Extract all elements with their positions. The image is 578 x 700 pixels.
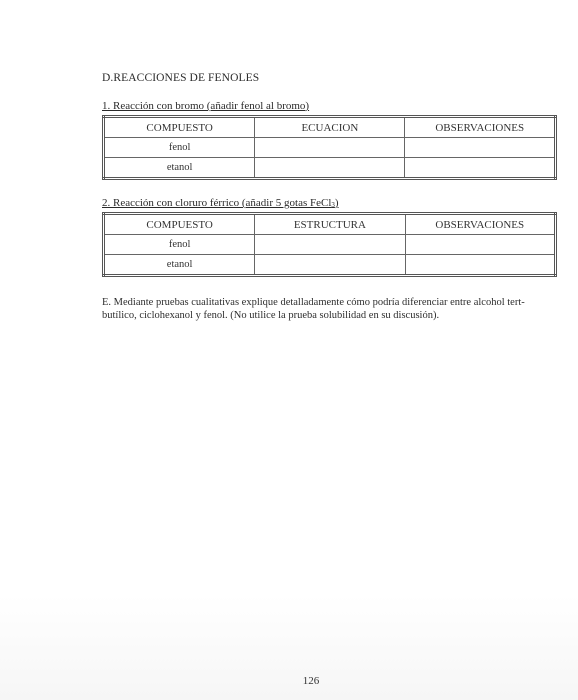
cell-equation[interactable]: [255, 158, 405, 179]
header-compuesto: COMPUESTO: [104, 214, 255, 235]
reaction-2-subtitle: 2. Reacción con cloruro férrico (añadir …: [102, 197, 339, 209]
cell-equation[interactable]: [255, 138, 405, 158]
header-estructura: ESTRUCTURA: [255, 214, 405, 235]
table-row: etanol: [104, 255, 556, 276]
cell-compound: fenol: [104, 138, 255, 158]
table-row: fenol: [104, 138, 556, 158]
subtitle-close: ): [335, 197, 339, 209]
cell-observations[interactable]: [405, 235, 555, 255]
section-e-question: E. Mediante pruebas cualitativas expliqu…: [102, 296, 552, 322]
table-row: fenol: [104, 235, 556, 255]
header-ecuacion: ECUACION: [255, 117, 405, 138]
table-header-row: COMPUESTO ESTRUCTURA OBSERVACIONES: [104, 214, 556, 235]
cell-compound: fenol: [104, 235, 255, 255]
cell-structure[interactable]: [255, 235, 405, 255]
section-d-title: D.REACCIONES DE FENOLES: [102, 72, 259, 84]
header-observaciones: OBSERVACIONES: [405, 117, 556, 138]
bromine-reaction-table: COMPUESTO ECUACION OBSERVACIONES fenol e…: [102, 115, 557, 180]
cell-observations[interactable]: [405, 138, 556, 158]
table-row: etanol: [104, 158, 556, 179]
table-header-row: COMPUESTO ECUACION OBSERVACIONES: [104, 117, 556, 138]
cell-compound: etanol: [104, 158, 255, 179]
reaction-1-subtitle: 1. Reacción con bromo (añadir fenol al b…: [102, 100, 309, 112]
header-observaciones: OBSERVACIONES: [405, 214, 555, 235]
ferric-chloride-table: COMPUESTO ESTRUCTURA OBSERVACIONES fenol…: [102, 212, 557, 277]
cell-observations[interactable]: [405, 255, 555, 276]
cell-observations[interactable]: [405, 158, 556, 179]
subtitle-text: 2. Reacción con cloruro férrico (añadir …: [102, 197, 331, 209]
cell-compound: etanol: [104, 255, 255, 276]
header-compuesto: COMPUESTO: [104, 117, 255, 138]
page-number: 126: [22, 675, 578, 687]
cell-structure[interactable]: [255, 255, 405, 276]
